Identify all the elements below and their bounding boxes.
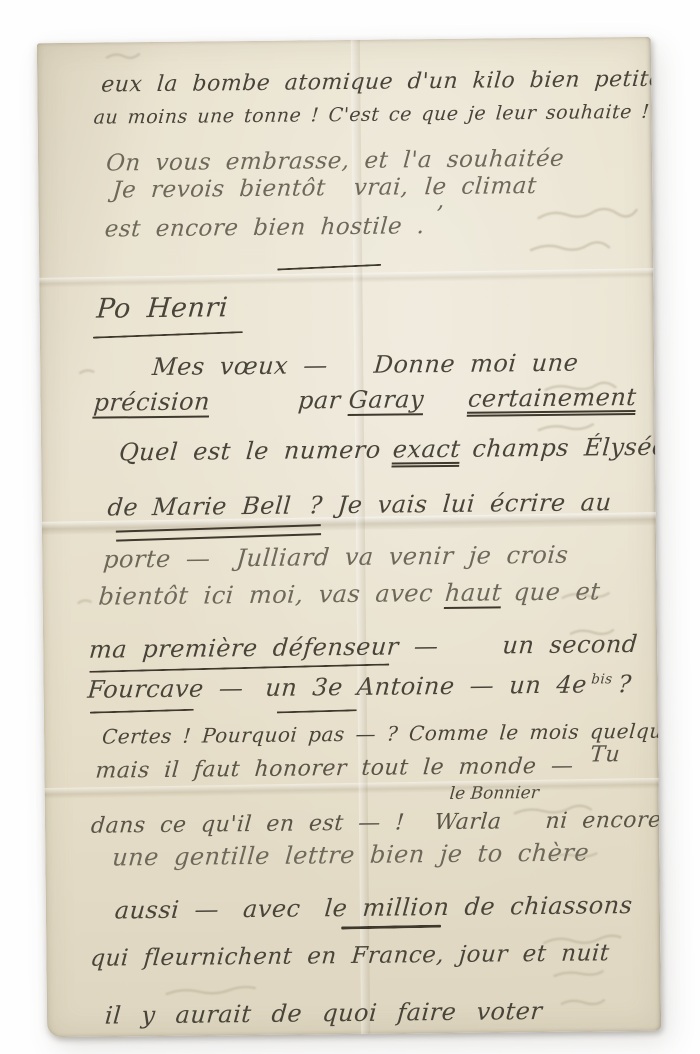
handwritten-line-13: Fourcave —un 3eAntoine — un 4ebis? [86,669,632,705]
letter-paper: eux la bombe atomique d'un kilo bien pet… [37,37,661,1037]
text-segment: Po Henri [95,292,229,324]
handwritten-line-15: mais il faut honorer tout le monde —Tu [94,752,620,785]
handwritten-line-17: une gentille lettre bien je to chère [111,837,590,872]
handwritten-line-5: Po Henri [95,291,229,326]
handwritten-line-9: deMarie Bell? Je vais lui écrire au [107,487,613,522]
handwritten-line-4: est encore bien hostile .’ [104,212,444,244]
text-segment: est encore bien hostile . [104,213,426,242]
text-segment: bientôt ici moi, vas avec [98,579,435,611]
text-segment: Antoine — un 4e [356,671,588,701]
text-segment: Donne moi une [373,349,580,379]
text-segment: le climat [424,173,538,200]
handwritten-line-11: bientôt ici moi, vas avechautque et [97,576,601,611]
handwritten-line-10: porte —Julliard va venir je crois [102,540,570,575]
handwritten-line-19: qui fleurnichent en France, jour et nuit [89,939,610,973]
text-segment: Marie Bell [151,492,292,521]
text-segment: un 3e [264,673,344,702]
text-segment: eux la bombe atomique d'un kilo bien pet… [100,66,661,97]
handwritten-line-18: aussi —avecle million de chiassons [114,890,634,925]
text-segment: Warla [434,809,503,835]
text-segment: dans ce qu'il en est — ! [90,810,405,838]
text-segment: Mes vœux — [151,351,329,381]
text-segment: Certes ! Pourquoi pas — ? Comme le mois … [101,718,661,748]
text-segment: certainement [467,383,638,413]
text-segment: Garay [348,385,425,414]
text-segment: aussi — [114,895,220,924]
text-segment: Julliard va venir je crois [235,541,569,573]
text-segment: bis [591,673,613,688]
superscript-note: le Bonnier [449,783,540,804]
handwritten-line-12: ma première défenseur —un second [88,629,639,665]
text-segment: avec [242,895,302,924]
text-segment: exact [392,435,462,464]
photo-background: eux la bombe atomique d'un kilo bien pet… [0,0,700,1054]
text-segment: haut [444,578,503,607]
text-segment: ? Je vais lui écrire au [308,488,612,519]
text-segment: ni encore [545,808,662,834]
text-segment: au moins une tonne ! C'est ce que je leu… [93,101,651,129]
text-segment: Je revois bientôt [111,175,326,203]
text-segment: porte — [102,544,211,573]
text-segment: Tu [589,742,621,767]
handwritten-line-0: eux la bombe atomique d'un kilo bien pet… [100,65,661,99]
text-segment: par [297,386,342,414]
text-segment: le million de chiassons [324,891,634,922]
text-segment: une gentille lettre bien je to chère [111,838,590,871]
handwritten-line-6: Mes vœux —Donne moi une [151,348,580,382]
text-segment: ma première défenseur — [88,632,440,664]
text-segment: champs Élysées [471,433,661,463]
handwritten-line-20: il y aurait de quoi faire voter [104,996,544,1031]
text-segment: Fourcave — [87,674,245,704]
text-segment: précision [93,387,212,416]
text-segment: qui fleurnichent en France, jour et nuit [89,940,610,971]
handwritten-line-7: précisionparGaraycertainement [92,382,637,418]
text-segment: mais il faut honorer tout le monde — [94,754,574,784]
text-segment: de [107,493,140,521]
text-segment: un second [501,630,638,659]
text-segment: il y aurait de quoi faire voter [104,997,544,1030]
text-segment: vrai, [353,174,410,201]
text-segment: ? [617,670,633,698]
text-segment: Quel est le numero [118,436,382,467]
handwritten-line-8: Quel est le numeroexactchamps Élysées [118,432,661,468]
handwritten-line-3: Je revois bientôtvrai,le climat [111,172,538,205]
text-segment: que et [513,577,602,606]
